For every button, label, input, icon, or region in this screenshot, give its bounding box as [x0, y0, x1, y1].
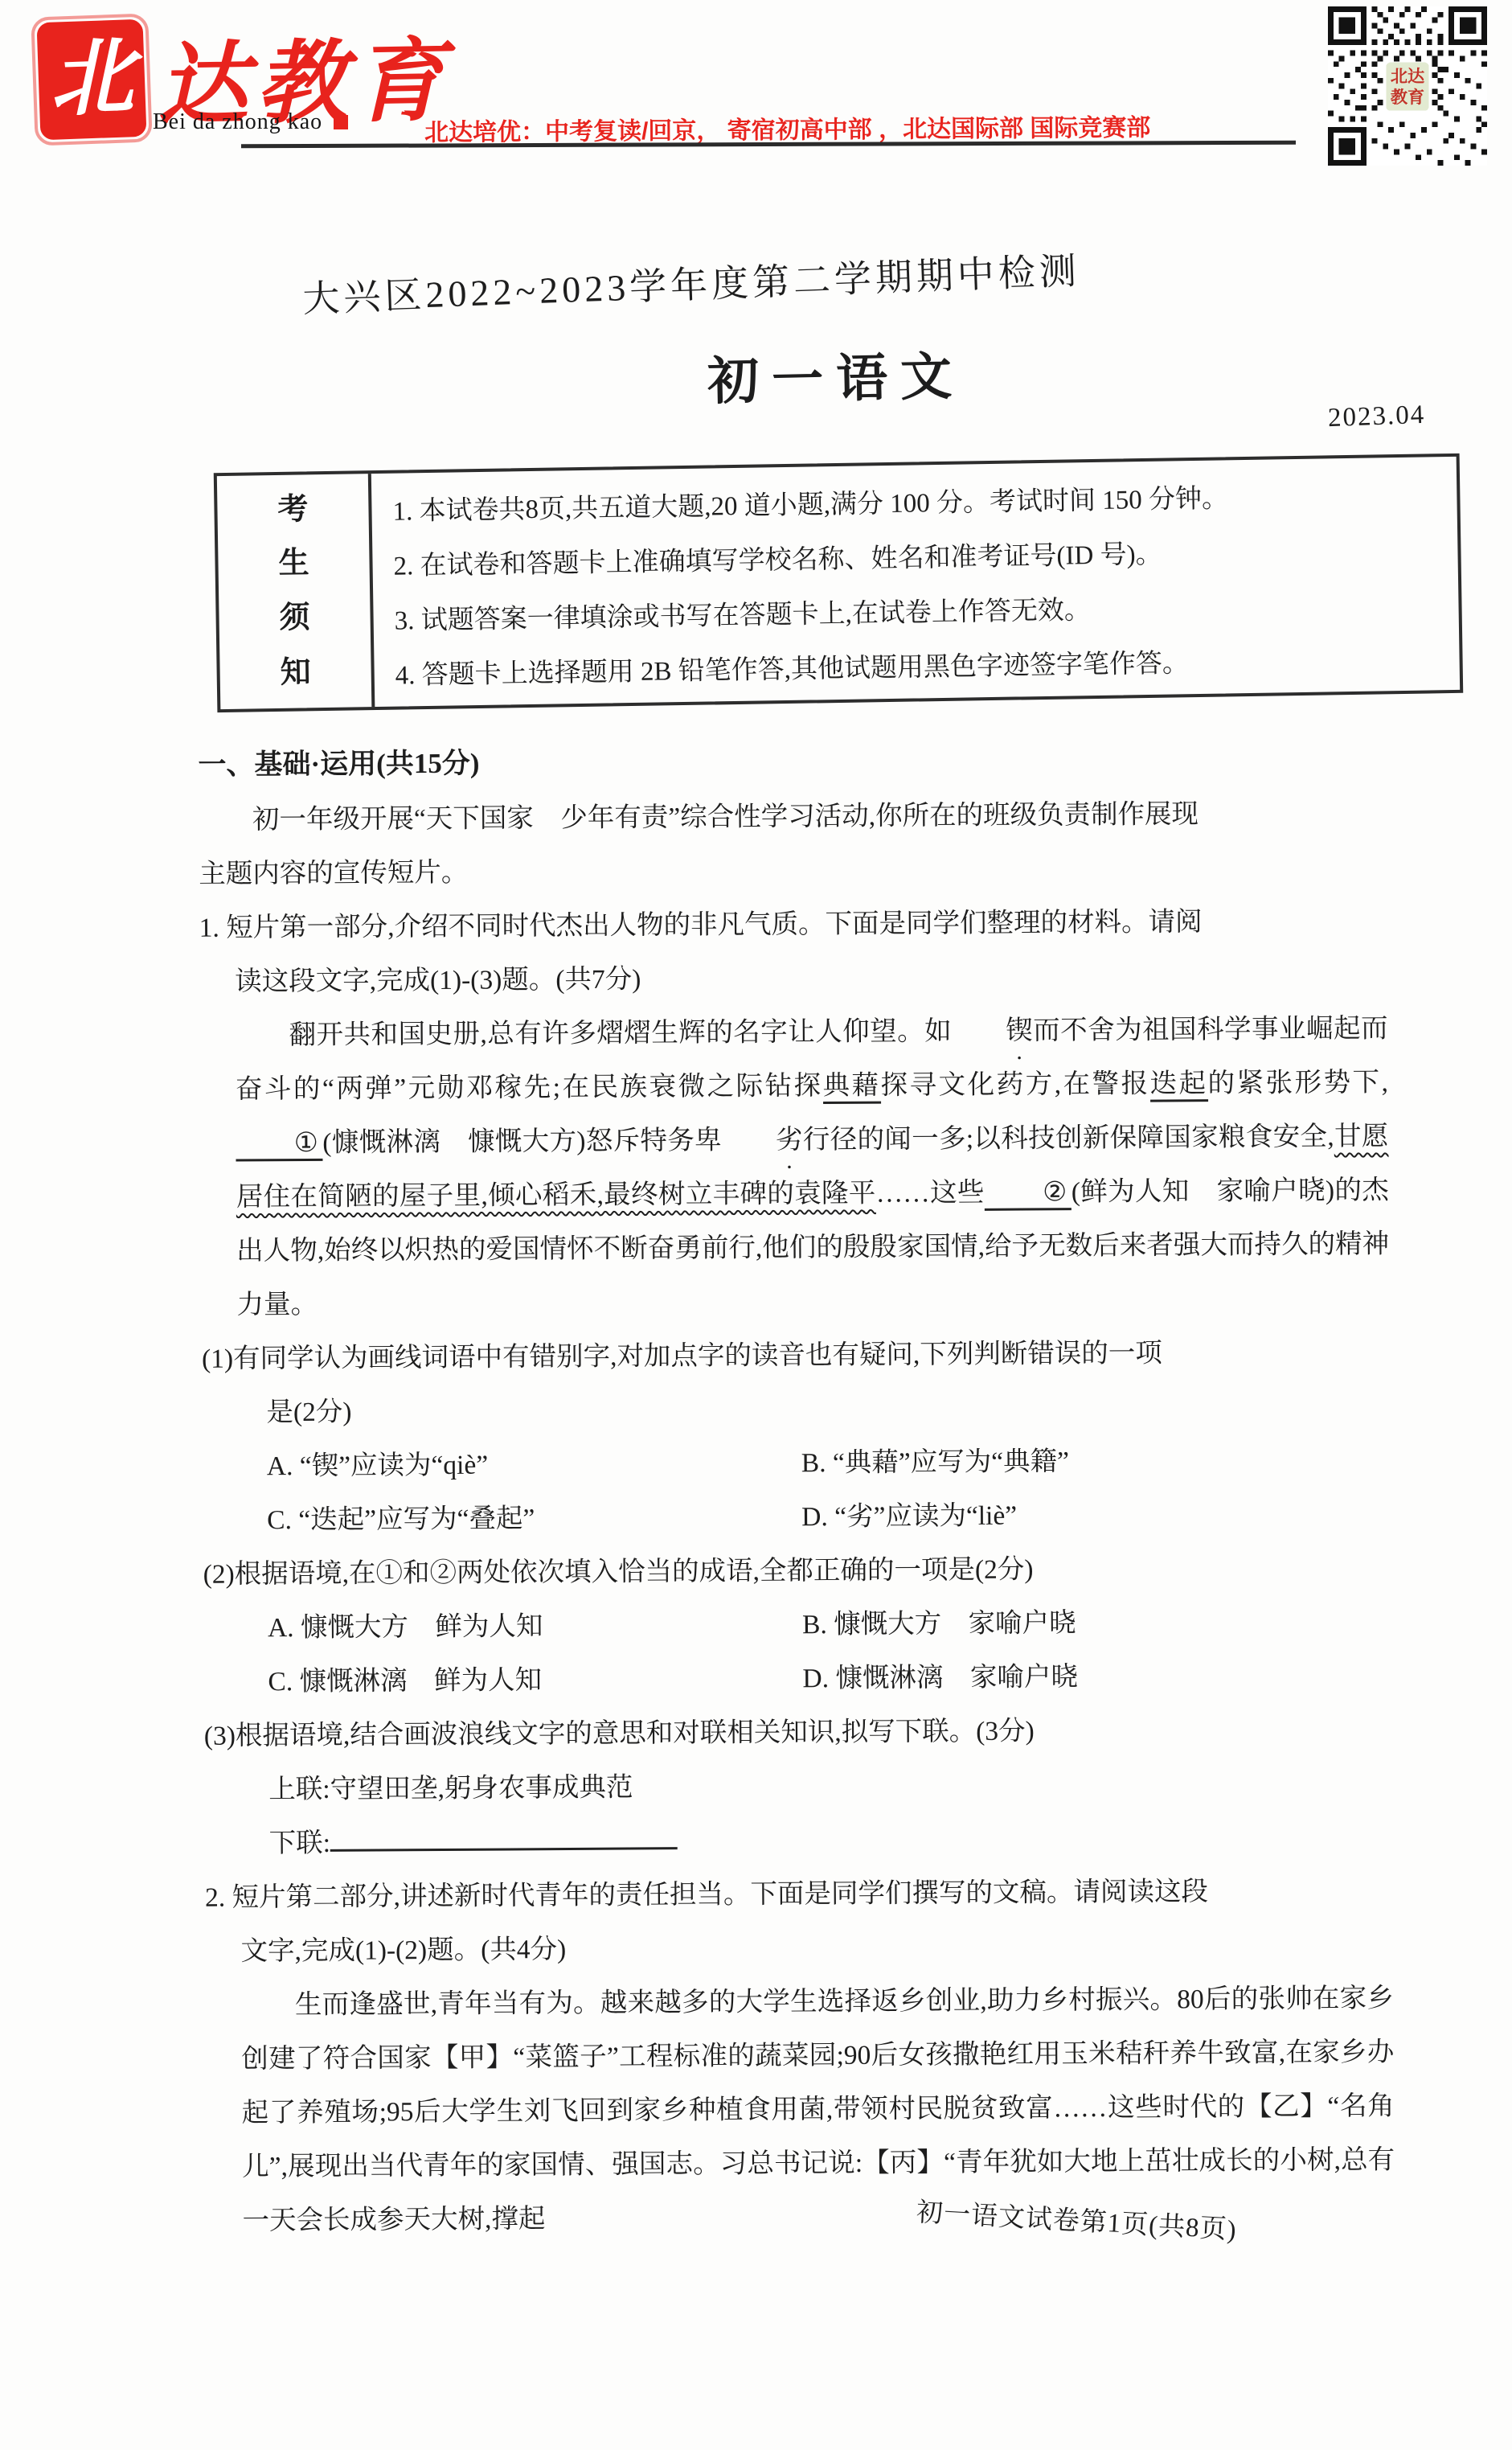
question2-lead-line-1: 2. 短片第二部分,讲述新时代青年的责任担当。下面是同学们撰写的文稿。请阅读这段	[205, 1863, 1464, 1925]
notice-items: 1. 本试卷共8页,共五道大题,20 道小题,满分 100 分。考试时间 150…	[371, 457, 1460, 707]
couplet-first-line: 上联:守望田垄,躬身农事成典范	[204, 1755, 1463, 1817]
passage1-underlined-word: 迭起	[1149, 1069, 1207, 1102]
question1-1-options-row2: C. “迭起”应写为“叠起” D. “劣”应读为“liè”	[203, 1486, 1461, 1548]
question1-2-options-row1: A. 慷慨大方 鲜为人知 B. 慷慨大方 家喻户晓	[203, 1594, 1462, 1656]
passage1-text: 的紧张形势下,	[1207, 1068, 1388, 1098]
notice-side-cell: 考生须知	[217, 474, 375, 709]
passage1-text: 翻开共和国史册,总有许多熠熠生辉的名字让人仰望。如	[289, 1016, 952, 1050]
couplet-second-label: 下联:	[269, 1828, 331, 1858]
exam-body: 一、基础·运用(共15分) 初一年级开展“天下国家 少年有责”综合性学习活动,你…	[198, 729, 1465, 2248]
notice-item-4: 4. 答题卡上选择题用 2B 铅笔作答,其他试题用黑色字迹签字笔作答。	[395, 638, 1453, 692]
exam-session-title: 大兴区2022~2023学年度第二学期期中检测	[64, 232, 1318, 331]
qr-center-label-bottom: 教育	[1391, 87, 1424, 107]
passage-2: 生而逢盛世,青年当有为。越来越多的大学生选择返乡创业,助力乡村振兴。80后的张帅…	[241, 1972, 1395, 2248]
notice-item-3: 3. 试题答案一律填涂或书写在答题卡上,在试卷上作答无效。	[394, 583, 1453, 638]
option-a: A. 慷慨大方 鲜为人知	[268, 1598, 802, 1655]
brand-subtitle: Bei da zhong kao	[153, 109, 322, 135]
passage1-underlined-word: 典藉	[822, 1071, 880, 1104]
passage-1: 翻开共和国史册,总有许多熠熠生辉的名字让人仰望。如锲而不舍为祖国科学事业崛起而奋…	[235, 1002, 1389, 1332]
couplet-second-line: 下联:	[204, 1809, 1463, 1871]
notice-item-2: 2. 在试卷和答题卡上准确填写学校名称、姓名和准考证号(ID 号)。	[393, 528, 1452, 583]
section1-heading: 一、基础·运用(共15分)	[198, 729, 1457, 794]
question1-lead-line-1: 1. 短片第一部分,介绍不同时代杰出人物的非凡气质。下面是同学们整理的材料。请阅	[199, 893, 1458, 955]
notice-item-1: 1. 本试卷共8页,共五道大题,20 道小题,满分 100 分。考试时间 150…	[392, 474, 1451, 528]
intro-line-2: 主题内容的宣传短片。	[199, 839, 1457, 901]
question1-2-stem: (2)根据语境,在①和②两处依次填入恰当的成语,全都正确的一项是(2分)	[203, 1540, 1461, 1602]
question2-lead-line-2: 文字,完成(1)-(2)题。(共4分)	[205, 1917, 1464, 1979]
passage1-text: 探寻文化药方,在警报	[880, 1069, 1149, 1101]
brand-subtitle-row: Bei da zhong kao	[153, 109, 348, 135]
option-d: D. “劣”应读为“liè”	[801, 1489, 1017, 1545]
passage1-dotted-char: 劣	[722, 1113, 803, 1168]
header-divider	[241, 141, 1296, 149]
brand-seal-char: 北	[48, 36, 135, 123]
passage1-text: ……这些	[876, 1178, 985, 1209]
qr-code-icon: 北达 教育	[1328, 6, 1487, 166]
question1-1-stem-line1: (1)有同学认为画线词语中有错别字,对加点字的读音也有疑问,下列判断错误的一项	[202, 1324, 1461, 1386]
blank-2: ②	[985, 1178, 1072, 1211]
question1-1-options-row1: A. “锲”应读为“qiè” B. “典藉”应写为“典籍”	[203, 1432, 1461, 1494]
notice-box: 考生须知 1. 本试卷共8页,共五道大题,20 道小题,满分 100 分。考试时…	[214, 453, 1463, 712]
blank-1: ①	[236, 1129, 322, 1162]
question1-3-stem: (3)根据语境,结合画波浪线文字的意思和对联相关知识,拟写下联。(3分)	[204, 1701, 1463, 1763]
question1-lead-line-2: 读这段文字,完成(1)-(3)题。(共7分)	[199, 947, 1458, 1009]
question1-2-options-row2: C. 慷慨淋漓 鲜为人知 D. 慷慨淋漓 家喻户晓	[203, 1648, 1462, 1709]
question1-1-stem-line2: 是(2分)	[202, 1378, 1461, 1440]
passage1-text: (慷慨淋漓 慷慨大方)怒斥特务卑	[322, 1126, 722, 1158]
passage1-text: 行径的闻一多;以科技创新保障国家粮食安全,	[802, 1122, 1334, 1155]
exam-subject-title: 初一语文	[160, 323, 1512, 425]
option-b: B. 慷慨大方 家喻户晓	[802, 1596, 1076, 1652]
exam-date: 2023.04	[1327, 400, 1425, 433]
brand-seal: 北	[36, 19, 146, 141]
intro-line-1: 初一年级开展“天下国家 少年有责”综合性学习活动,你所在的班级负责制作展现	[199, 786, 1457, 847]
qr-center-label-top: 北达	[1391, 67, 1425, 86]
red-square-icon	[334, 115, 348, 129]
option-a: A. “锲”应读为“qiè”	[267, 1436, 801, 1493]
notice-side-label: 考生须知	[275, 482, 313, 700]
option-d: D. 慷慨淋漓 家喻户晓	[802, 1650, 1078, 1705]
exam-page: 北 达教育 Bei da zhong kao 北达培优：中考复读/回京， 寄宿初…	[0, 0, 1512, 2450]
option-c: C. “迭起”应写为“叠起”	[267, 1490, 801, 1547]
answer-blank-line	[330, 1820, 678, 1852]
option-b: B. “典藉”应写为“典籍”	[801, 1434, 1069, 1490]
passage1-dotted-char: 锲	[952, 1003, 1033, 1058]
option-c: C. 慷慨淋漓 鲜为人知	[268, 1652, 802, 1709]
